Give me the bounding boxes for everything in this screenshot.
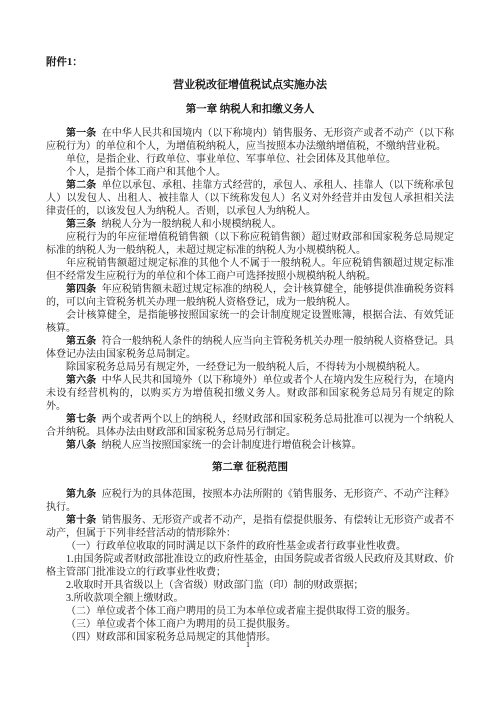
document-title: 营业税改征增值税试点实施办法 [46, 79, 454, 91]
article-paragraph: 第四条年应税销售额未超过规定标准的纳税人，会计核算健全，能够提供准确税务资料的，… [46, 283, 454, 309]
list-item: （一）行政单位收取的同时满足以下条件的政府性基金或者行政事业性收费。 [46, 540, 454, 553]
article-paragraph: 第七条两个或者两个以上的纳税人，经财政部和国家税务总局批准可以视为一个纳税人合并… [46, 413, 454, 439]
article-number: 第六条 [66, 375, 102, 386]
article-text: 单位以承包、承租、挂靠方式经营的，承包人、承租人、挂靠人（以下统称承包人）以发包… [46, 180, 454, 217]
article-number: 第一条 [66, 128, 102, 139]
attachment-label: 附件1： [46, 57, 454, 69]
article-text: 符合一般纳税人条件的纳税人应当向主管税务机关办理一般纳税人资格登记。具体登记办法… [46, 336, 454, 360]
list-item: （二）单位或者个体工商户聘用的员工为本单位或者雇主提供取得工资的服务。 [46, 605, 454, 618]
paragraph: 除国家税务总局另有规定外，一经登记为一般纳税人后，不得转为小规模纳税人。 [46, 361, 454, 374]
article-paragraph: 第一条在中华人民共和国境内（以下称境内）销售服务、无形资产或者不动产（以下称应税… [46, 127, 454, 153]
article-number: 第三条 [66, 219, 102, 230]
paragraph: 个人，是指个体工商户和其他个人。 [46, 166, 454, 179]
article-text: 在中华人民共和国境内（以下称境内）销售服务、无形资产或者不动产（以下称应税行为）… [46, 128, 454, 152]
article-paragraph: 第六条中华人民共和国境外（以下称境外）单位或者个人在境内发生应税行为，在境内未设… [46, 374, 454, 413]
article-paragraph: 第二条单位以承包、承租、挂靠方式经营的，承包人、承租人、挂靠人（以下统称承包人）… [46, 179, 454, 218]
article-paragraph: 第五条符合一般纳税人条件的纳税人应当向主管税务机关办理一般纳税人资格登记。具体登… [46, 335, 454, 361]
article-paragraph: 第九条应税行为的具体范围，按照本办法所附的《销售服务、无形资产、不动产注释》执行… [46, 488, 454, 514]
list-item: 3.所收款项全额上缴财政。 [46, 592, 454, 605]
page-number: 1 [0, 639, 496, 649]
article-number: 第九条 [66, 489, 102, 500]
article-text: 纳税人分为一般纳税人和小规模纳税人。 [102, 219, 282, 230]
chapter-1-body: 第一条在中华人民共和国境内（以下称境内）销售服务、无形资产或者不动产（以下称应税… [46, 127, 454, 452]
article-number: 第十条 [66, 515, 102, 526]
list-item: 2.收取时开具省级以上（含省级）财政部门监（印）制的财政票据； [46, 579, 454, 592]
article-text: 应税行为的具体范围，按照本办法所附的《销售服务、无形资产、不动产注释》执行。 [46, 489, 454, 513]
article-paragraph: 第十条销售服务、无形资产或者不动产，是指有偿提供服务、有偿转让无形资产或者不动产… [46, 514, 454, 540]
article-text: 纳税人应当按照国家统一的会计制度进行增值税会计核算。 [102, 440, 362, 451]
article-text: 中华人民共和国境外（以下称境外）单位或者个人在境内发生应税行为，在境内未设有经营… [46, 375, 454, 412]
paragraph: 年应税销售额超过规定标准的其他个人不属于一般纳税人。年应税销售额超过规定标准但不… [46, 257, 454, 283]
article-number: 第七条 [66, 414, 102, 425]
chapter-2-heading: 第二章 征税范围 [46, 462, 454, 474]
article-number: 第四条 [66, 284, 102, 295]
document-content: 附件1： 营业税改征增值税试点实施办法 第一章 纳税人和扣缴义务人 第一条在中华… [46, 57, 454, 644]
paragraph: 应税行为的年应征增值税销售额（以下称应税销售额）超过财政部和国家税务总局规定标准… [46, 231, 454, 257]
chapter-1-heading: 第一章 纳税人和扣缴义务人 [46, 104, 454, 116]
article-text: 年应税销售额未超过规定标准的纳税人，会计核算健全，能够提供准确税务资料的，可以向… [46, 284, 454, 308]
article-number: 第二条 [66, 180, 102, 191]
article-number: 第八条 [66, 440, 102, 451]
paragraph: 会计核算健全，是指能够按照国家统一的会计制度规定设置账簿，根据合法、有效凭证核算… [46, 309, 454, 335]
list-item: 1.由国务院或者财政部批准设立的政府性基金，由国务院或者省级人民政府及其财政、价… [46, 553, 454, 579]
article-text: 两个或者两个以上的纳税人，经财政部和国家税务总局批准可以视为一个纳税人合并纳税。… [46, 414, 454, 438]
article-text: 销售服务、无形资产或者不动产，是指有偿提供服务、有偿转让无形资产或者不动产，但属… [46, 515, 454, 539]
chapter-2-body: 第九条应税行为的具体范围，按照本办法所附的《销售服务、无形资产、不动产注释》执行… [46, 488, 454, 644]
article-number: 第五条 [66, 336, 102, 347]
article-paragraph: 第三条纳税人分为一般纳税人和小规模纳税人。 [46, 218, 454, 231]
article-paragraph: 第八条纳税人应当按照国家统一的会计制度进行增值税会计核算。 [46, 439, 454, 452]
list-item: （三）单位或者个体工商户为聘用的员工提供服务。 [46, 618, 454, 631]
paragraph: 单位，是指企业、行政单位、事业单位、军事单位、社会团体及其他单位。 [46, 153, 454, 166]
document-page: 附件1： 营业税改征增值税试点实施办法 第一章 纳税人和扣缴义务人 第一条在中华… [0, 0, 496, 702]
